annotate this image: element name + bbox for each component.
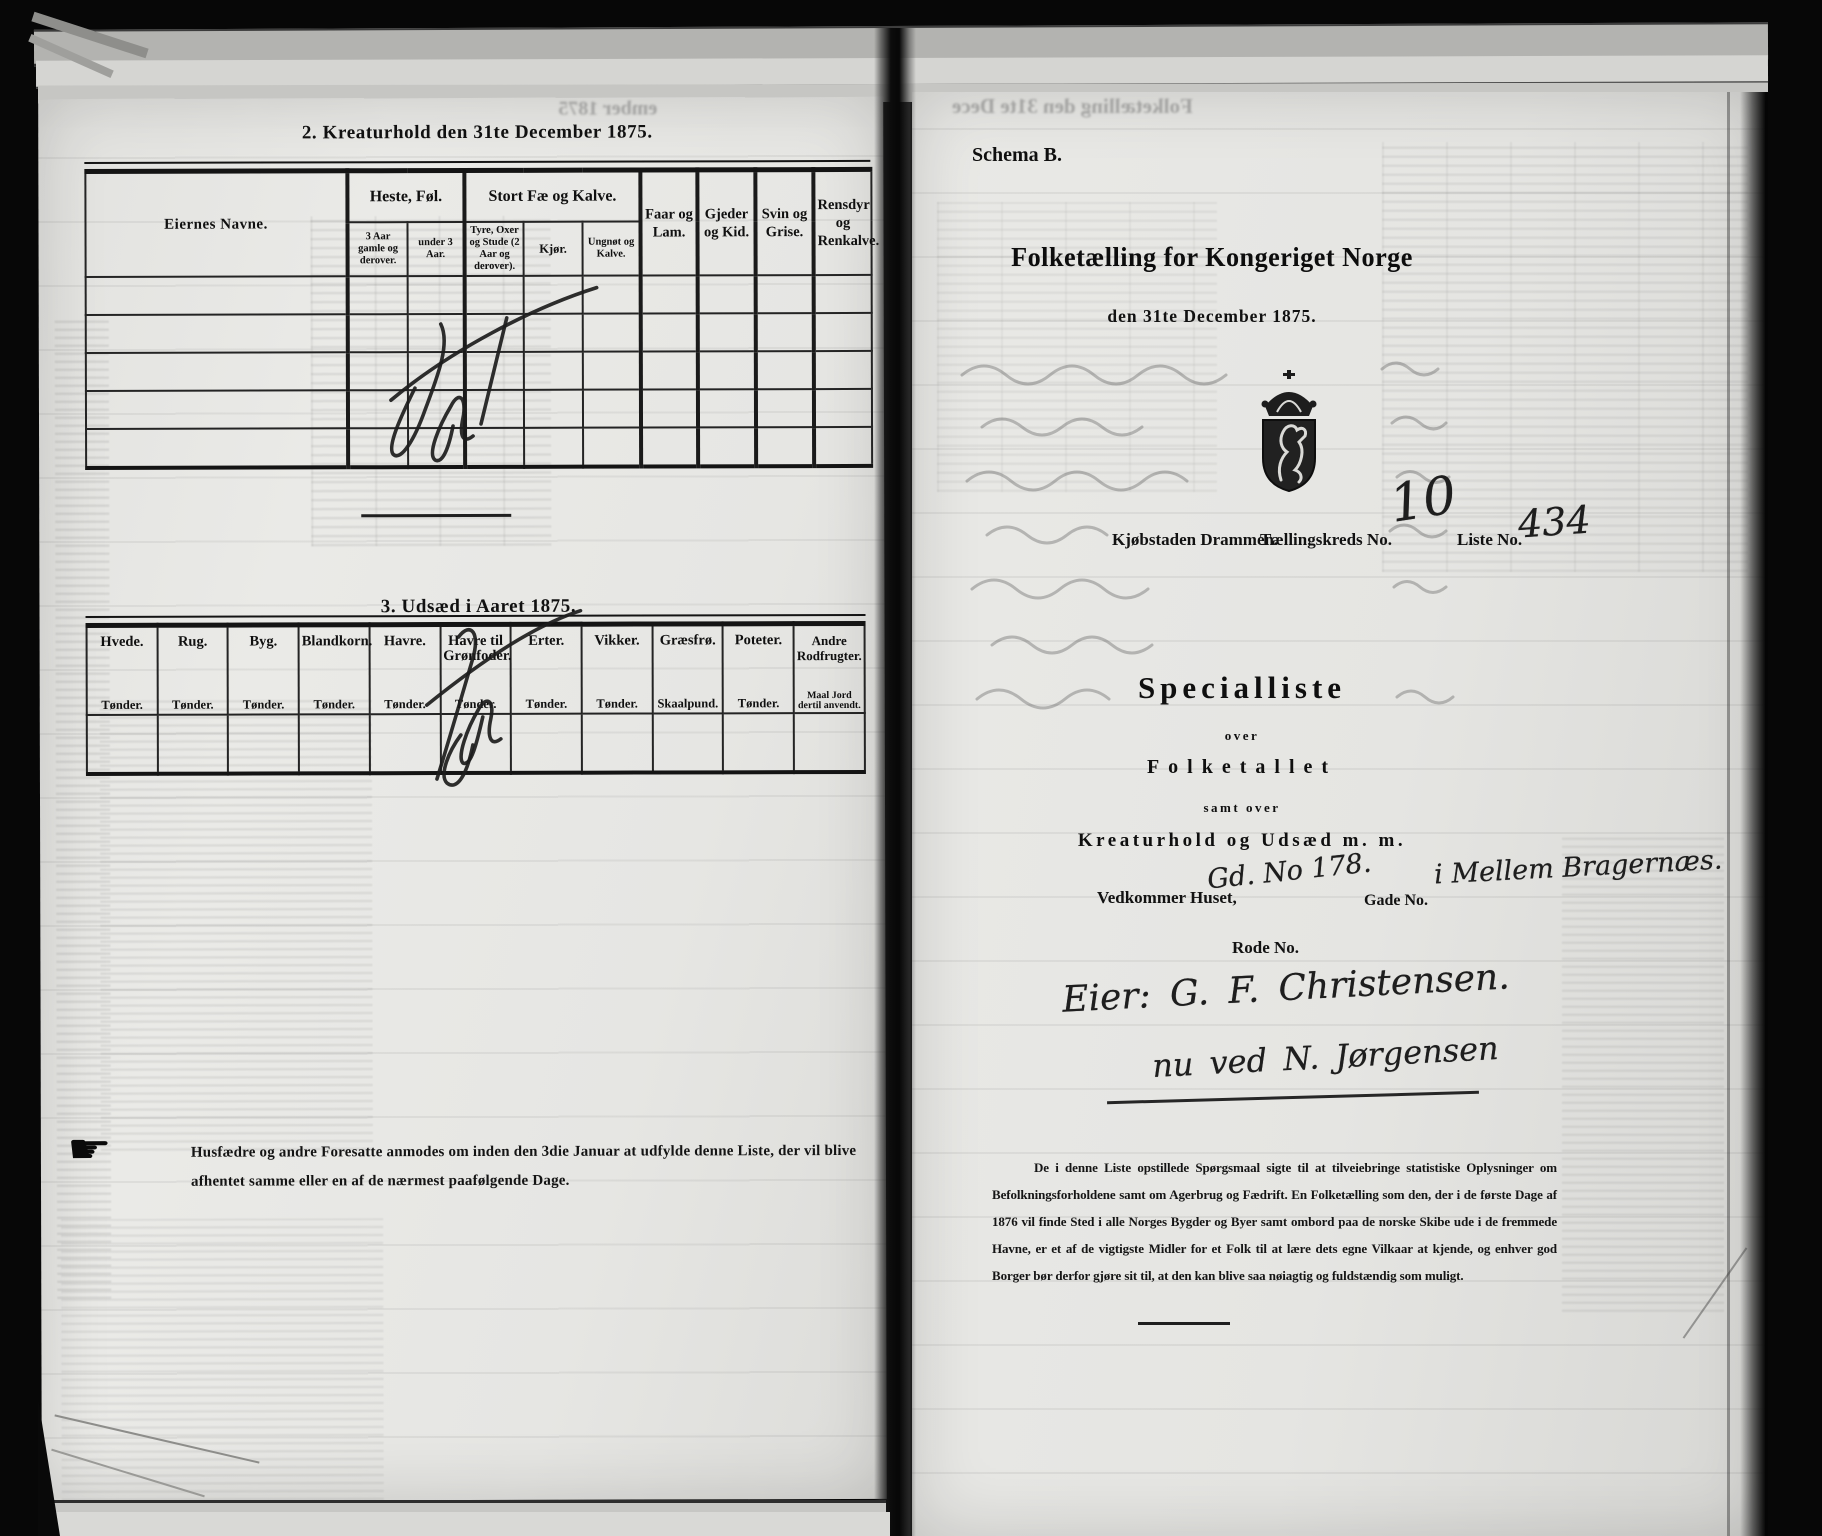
manicule-icon: ☛ (67, 1133, 112, 1165)
col-group-cattle: Stort Fæ og Kalve. (464, 170, 640, 222)
col-group-horses: Heste, Føl. (347, 170, 464, 222)
col-header-bulls: Tyre, Oxer og Stude (2 Aar og derover). (465, 222, 524, 276)
col-unit: Tønder. (160, 698, 225, 713)
page-crease (1727, 92, 1730, 1536)
left-page: ember 1875 2. Kreaturhold den 31te Decem… (38, 97, 887, 1501)
col-unit: Tønder. (726, 696, 791, 711)
stray-pen-stroke (1683, 1247, 1748, 1338)
col-header-horses-young: under 3 Aar. (407, 222, 464, 276)
list-number-handwritten: 434 (1517, 498, 1592, 547)
livestock-table-title: 2. Kreaturhold den 31te December 1875. (84, 121, 870, 145)
owner-name-handwritten: Eier: G. F. Christensen. (1061, 956, 1510, 1020)
col-header-reindeer: Rensdyr og Renkalve. (813, 169, 871, 275)
col-header-owner: Eiernes Navne. (85, 171, 347, 277)
col-header-barley: Byg.Tønder. (228, 625, 299, 715)
col-header-mixed-grain: Blandkorn.Tønder. (299, 625, 370, 715)
col-unit: Skaalpund. (655, 696, 720, 711)
bleedthrough-text-block (61, 1218, 384, 1501)
special-list-subject-population: Folketallet (972, 756, 1512, 779)
col-name: Blandkorn. (302, 634, 367, 649)
col-header-pigs: Svin og Grise. (755, 170, 813, 276)
col-name: Poteter. (726, 633, 791, 648)
closing-rule (1138, 1322, 1230, 1325)
district-label: Tællingskreds No. (1260, 530, 1392, 550)
handwritten-underline (1107, 1091, 1479, 1104)
page-edge-band (40, 1512, 890, 1536)
book-binding (874, 28, 916, 1536)
house-number-handwritten: Gd. No 178. (1206, 847, 1373, 895)
col-header-grass-seed: Græsfrø.Skaalpund. (652, 624, 723, 714)
col-header-root-crops: Andre Rodfrugter.Maal Jord dertil anvend… (794, 623, 865, 713)
col-unit: Maal Jord dertil anvendt. (797, 691, 862, 711)
col-name: Andre Rodfrugter. (797, 633, 862, 663)
footer-note: Husfædre og andre Foresatte anmodes om i… (191, 1137, 856, 1197)
col-header-goats: Gjeder og Kid. (697, 170, 755, 276)
table-top-rule (84, 160, 870, 164)
col-header-calves: Ungnøt og Kalve. (583, 222, 641, 276)
footer-note-line1: Husfædre og andre Foresatte anmodes om i… (191, 1137, 856, 1168)
col-header-rye: Rug.Tønder. (157, 625, 228, 715)
col-name: Hvede. (90, 635, 155, 650)
footer-note-line2: afhentet samme eller en af de nærmest pa… (191, 1166, 856, 1197)
census-book-photo: ember 1875 2. Kreaturhold den 31te Decem… (0, 0, 1822, 1536)
col-name: Rug. (160, 635, 225, 650)
census-main-title: Folketælling for Kongeriget Norge (940, 242, 1483, 273)
city-label: Kjøbstaden Drammen. (1112, 530, 1278, 550)
col-header-horses-old: 3 Aar gamle og derover. (347, 222, 407, 276)
census-subtitle: den 31te December 1875. (932, 306, 1492, 327)
bleedthrough-text: ember 1875 (558, 97, 657, 120)
bleedthrough-text-column (1562, 832, 1724, 1312)
info-paragraph: De i denne Liste opstillede Spørgsmaal s… (992, 1154, 1557, 1289)
right-page: Folketælling den 31te Dece Schema B. (912, 92, 1765, 1536)
section-divider-rule (361, 514, 511, 517)
special-list-title: Specialliste (972, 670, 1512, 706)
col-header-cows: Kjør. (524, 222, 583, 276)
owner-name2-handwritten: nu ved N. Jørgensen (1151, 1029, 1499, 1085)
torn-page-edge (1740, 92, 1768, 1536)
col-name: Byg. (231, 634, 296, 649)
district-number-handwritten: 10 (1386, 465, 1461, 535)
list-label: Liste No. (1457, 530, 1522, 550)
handwritten-intet (329, 278, 630, 479)
special-list-samt-over: samt over (972, 800, 1512, 816)
handwritten-intet (384, 593, 605, 809)
bleedthrough-text: Folketælling den 31te Dece (952, 94, 1193, 119)
col-unit: Tønder. (231, 697, 296, 712)
street-label: Gade No. (1364, 892, 1428, 910)
col-name: Græsfrø. (655, 633, 720, 648)
schema-label: Schema B. (972, 144, 1062, 167)
norway-coat-of-arms (1250, 370, 1328, 494)
col-header-potatoes: Poteter.Tønder. (723, 624, 794, 714)
special-list-subject-livestock: Kreaturhold og Udsæd m. m. (972, 830, 1512, 852)
col-header-wheat: Hvede.Tønder. (87, 625, 158, 715)
col-header-sheep: Faar og Lam. (640, 170, 697, 276)
special-list-over: over (972, 728, 1512, 744)
col-unit: Tønder. (90, 698, 155, 713)
rode-label: Rode No. (1232, 938, 1299, 958)
col-unit: Tønder. (302, 697, 367, 712)
